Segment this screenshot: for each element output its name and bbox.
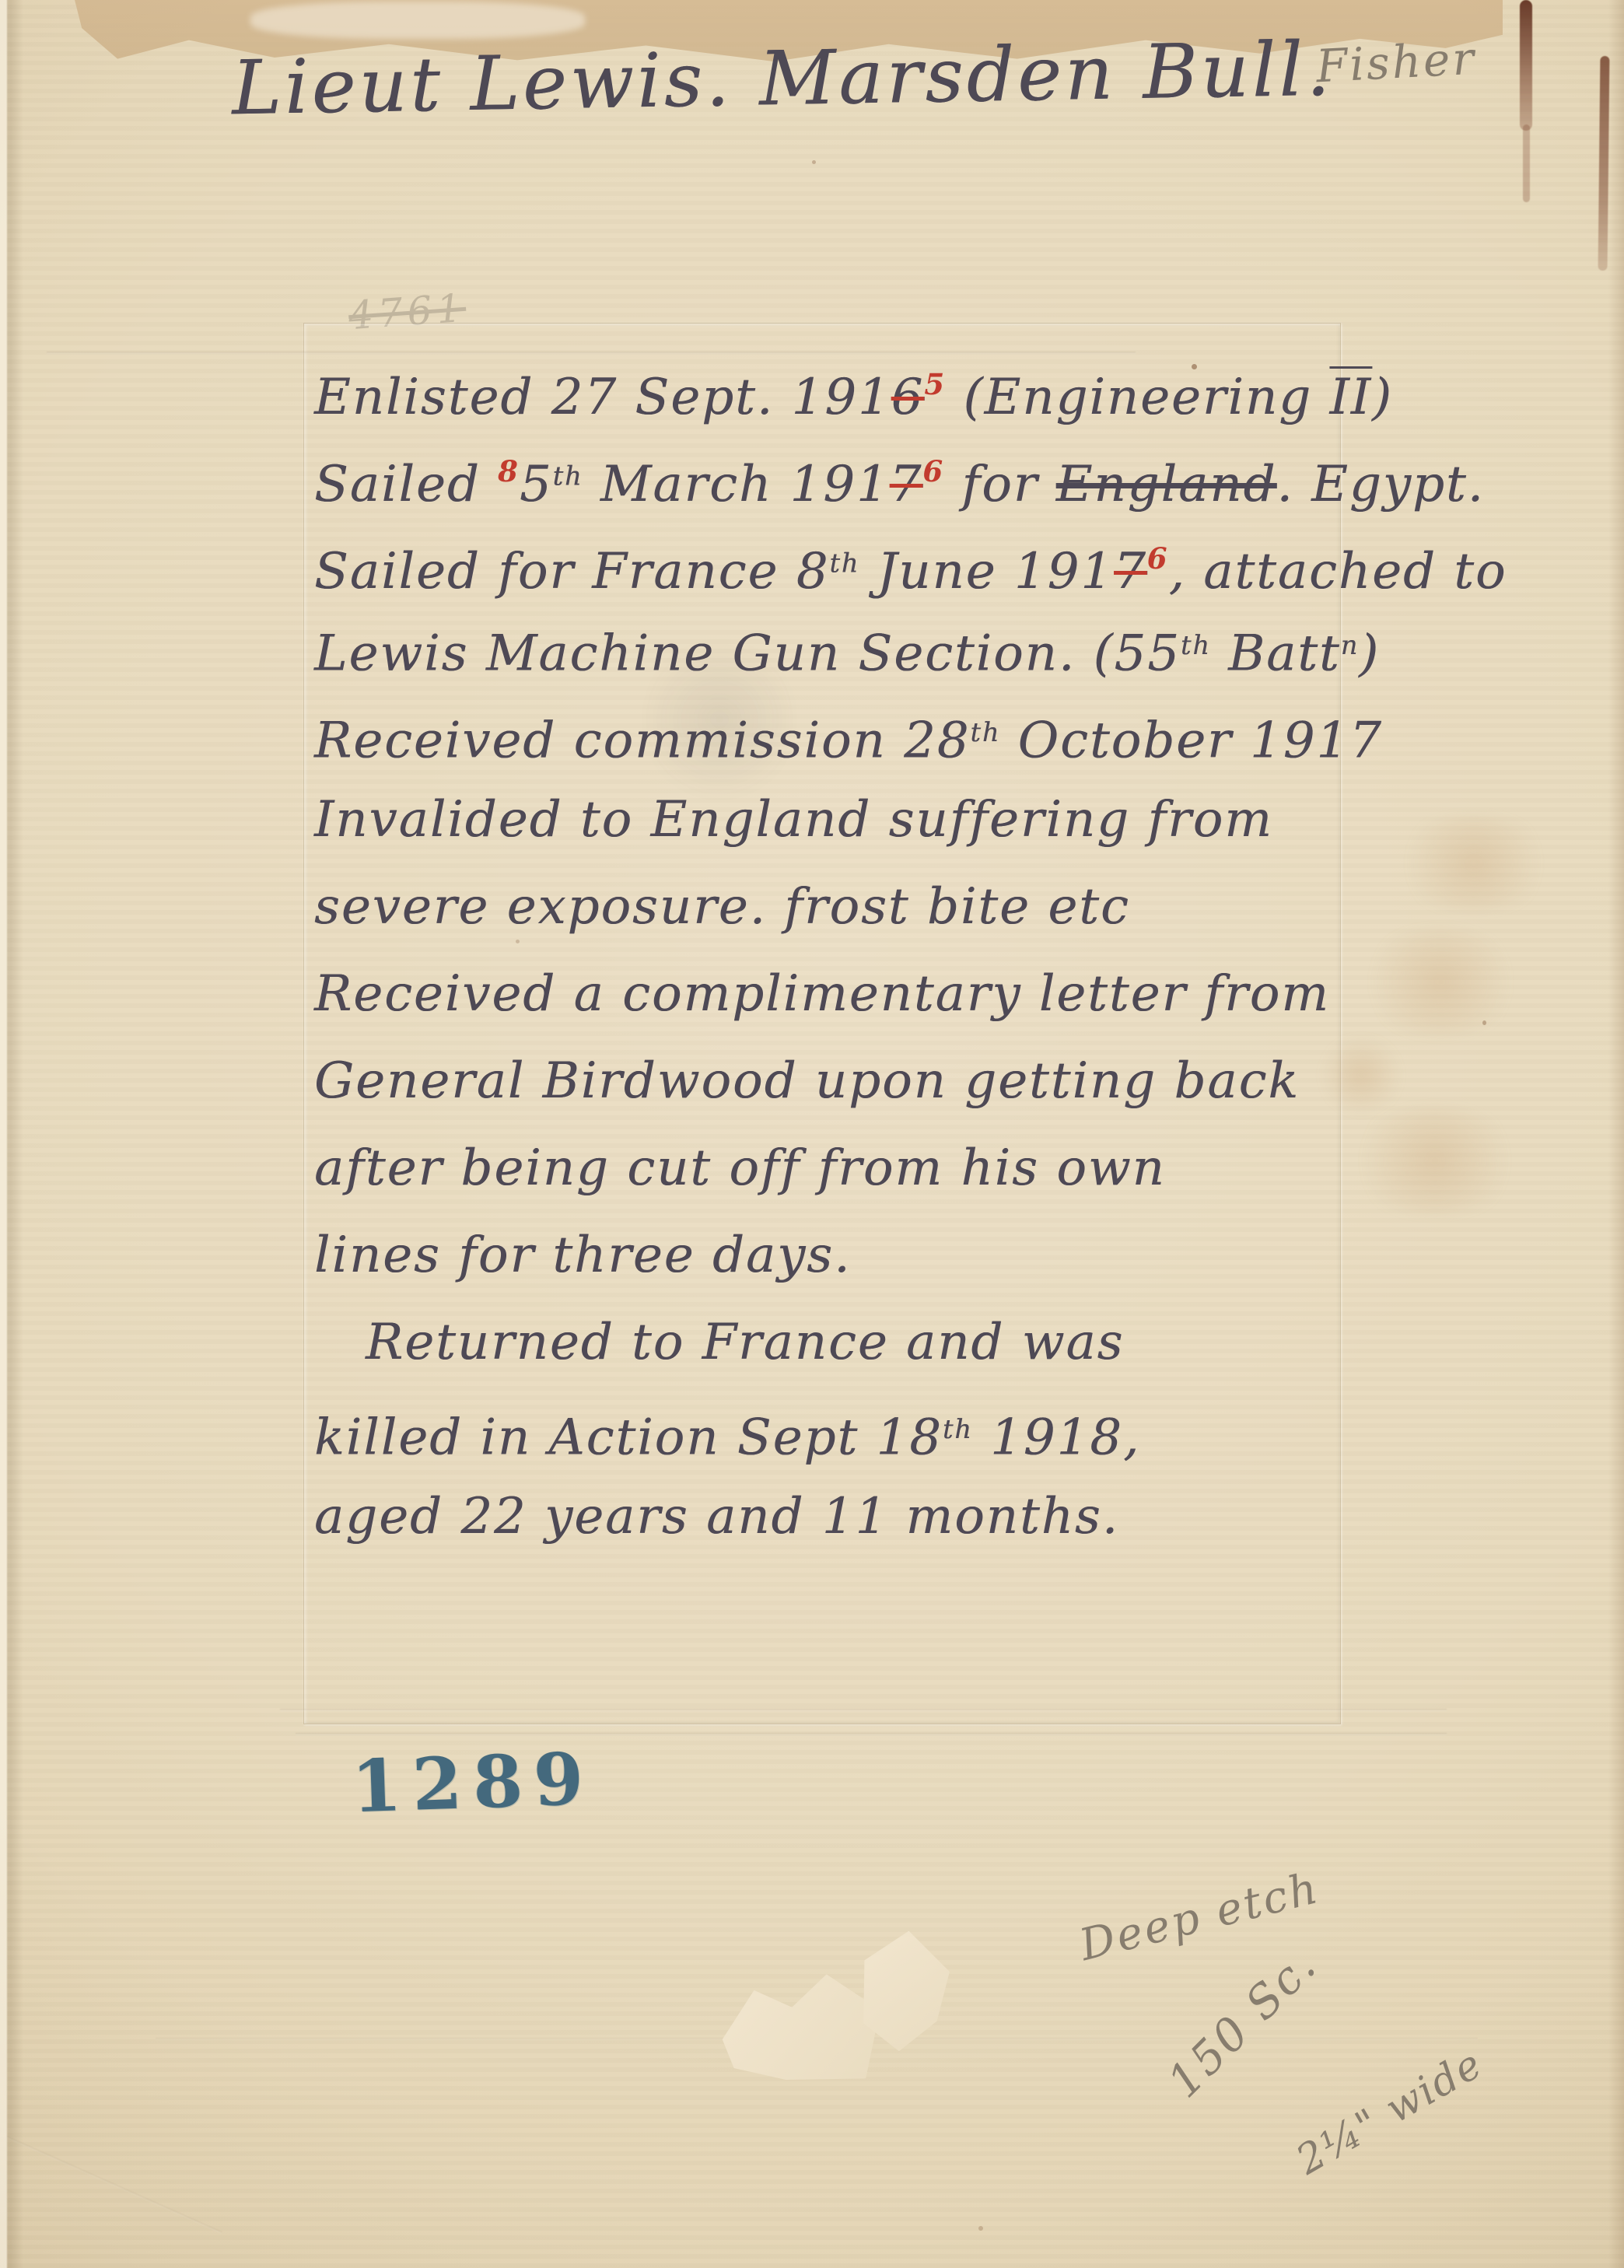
foxing-speck (1482, 1020, 1486, 1025)
ink-streak-mark (1520, 0, 1532, 131)
page-edge (0, 0, 23, 2268)
paper-crease (296, 1733, 1447, 1735)
fingerprint-stain (1346, 1108, 1524, 1213)
fingerprint-stain (1318, 1038, 1404, 1112)
foxing-speck (812, 160, 816, 164)
record-line: Invalided to England suffering from (314, 776, 1349, 863)
page: Lieut Lewis. Marsden Bull. Fisher 4761 E… (0, 0, 1624, 2268)
record-line: aged 22 years and 11 months. (314, 1473, 1349, 1560)
paper-crease (47, 352, 1136, 354)
foxing-speck (978, 2226, 983, 2231)
record-line: Lewis Machine Gun Section. (55th Battn) (314, 602, 1349, 689)
ink-smudge (646, 630, 793, 809)
paper-crease (0, 2124, 222, 2234)
fingerprint-stain (1357, 929, 1524, 1034)
record-line: Received commission 28th October 1917 (314, 689, 1349, 776)
page-edge (1608, 0, 1624, 2268)
record-line: severe exposure. frost bite etc (314, 863, 1349, 950)
record-lines: Enlisted 27 Sept. 19165 (Engineering II)… (314, 341, 1349, 1560)
corner-name-note: Fisher (1314, 32, 1477, 93)
ink-streak-mark (1523, 124, 1530, 202)
record-line: Sailed 85th March 19176 for England. Egy… (314, 428, 1349, 515)
record-line: Received a complimentary letter from (314, 950, 1349, 1038)
accession-stamp: 1289 (350, 1737, 596, 1829)
pencil-note-width: 2¼" wide (1289, 2040, 1491, 2184)
foxing-speck (1192, 364, 1197, 369)
pencil-note-screen: 150 Sc. (1157, 1938, 1327, 2108)
record-line: killed in Action Sept 18th 1918, (314, 1386, 1349, 1473)
record-line: lines for three days. (314, 1212, 1349, 1299)
paper-crease (280, 1709, 1447, 1711)
foxing-speck (516, 940, 520, 943)
record-line: Returned to France and was (314, 1299, 1349, 1386)
record-line: after being cut off from his own (314, 1125, 1349, 1212)
record-line: General Birdwood upon getting back (314, 1038, 1349, 1125)
page-title: Lieut Lewis. Marsden Bull. (231, 27, 1244, 132)
paper-scrap (718, 1969, 884, 2088)
record-line: Sailed for France 8th June 19176, attach… (314, 515, 1349, 602)
tape-residue-highlight (250, 2, 585, 39)
fingerprint-stain (1392, 817, 1556, 910)
